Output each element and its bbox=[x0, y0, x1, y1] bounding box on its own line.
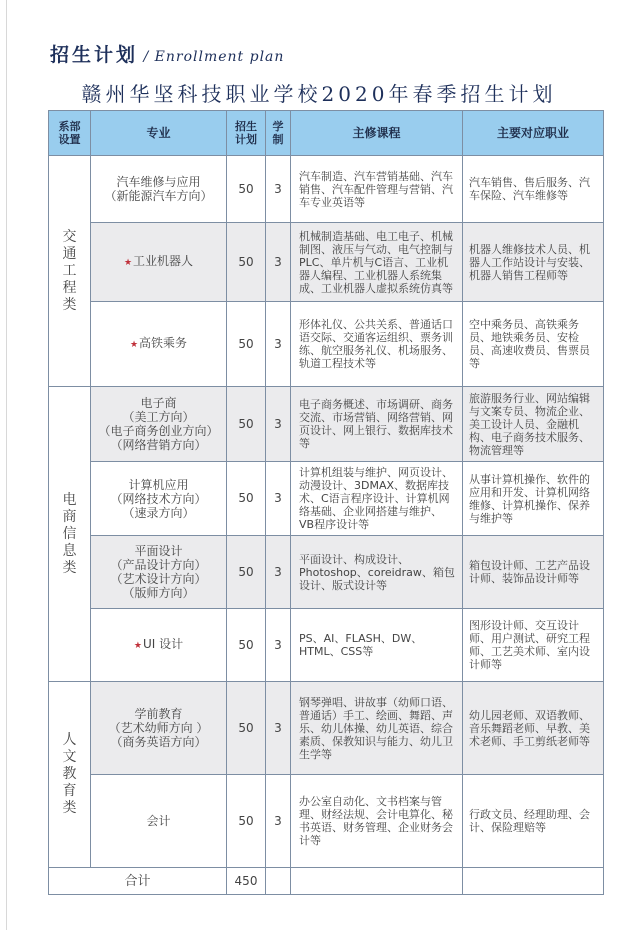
courses-cell: 汽车制造、汽车营销基础、汽车销售、汽车配件管理与营销、汽车专业英语等 bbox=[291, 156, 463, 223]
section-title-sep: / bbox=[138, 49, 155, 65]
quota-cell: 50 bbox=[227, 462, 266, 536]
courses-cell: 电子商务概述、市场调研、商务交流、市场营销、网络营销、网页设计、网上银行、数据库… bbox=[291, 387, 463, 462]
department-cell: 交通工程类 bbox=[49, 156, 91, 387]
major-cell: 平面设计（产品设计方向）（艺术设计方向）（版师方向） bbox=[91, 536, 227, 609]
major-cell: 学前教育（艺术幼师方向 ）（商务英语方向） bbox=[91, 682, 227, 775]
years-cell: 3 bbox=[266, 682, 291, 775]
header-major: 专业 bbox=[91, 111, 227, 156]
major-line: 工业机器人 bbox=[133, 254, 193, 268]
section-title-cn: 招生计划 bbox=[50, 44, 138, 66]
major-line: （新能源汽车方向） bbox=[104, 189, 212, 203]
major-cell: 汽车维修与应用（新能源汽车方向） bbox=[91, 156, 227, 223]
major-line: 汽车维修与应用 bbox=[116, 175, 200, 189]
courses-cell: 钢琴弹唱、讲故事（幼师口语、普通话）手工、绘画、舞蹈、声乐、幼儿体操、幼儿英语、… bbox=[291, 682, 463, 775]
table-row: 会计503办公室自动化、文书档案与管理、财经法规、会计电算化、秘书英语、财务管理… bbox=[49, 775, 604, 868]
total-label: 合计 bbox=[49, 868, 227, 895]
years-cell: 3 bbox=[266, 387, 291, 462]
table-row: ★UI 设计503PS、AI、FLASH、DW、HTML、CSS等图形设计师、交… bbox=[49, 609, 604, 682]
major-line: （网络技术方向） bbox=[110, 492, 206, 506]
quota-cell: 50 bbox=[227, 387, 266, 462]
quota-cell: 50 bbox=[227, 775, 266, 868]
quota-cell: 50 bbox=[227, 609, 266, 682]
courses-cell: 机械制造基础、电工电子、机械制图、液压与气动、电气控制与PLC、单片机与C语言、… bbox=[291, 223, 463, 302]
enrollment-plan-table: 系部设置 专业 招生计划 学制 主修课程 主要对应职业 交通工程类汽车维修与应用… bbox=[48, 110, 604, 895]
header-years: 学制 bbox=[266, 111, 291, 156]
star-icon: ★ bbox=[124, 258, 132, 268]
quota-cell: 50 bbox=[227, 536, 266, 609]
courses-cell: 办公室自动化、文书档案与管理、财经法规、会计电算化、秘书英语、财务管理、企业财务… bbox=[291, 775, 463, 868]
major-cell: ★高铁乘务 bbox=[91, 302, 227, 387]
total-careers-empty bbox=[463, 868, 604, 895]
quota-cell: 50 bbox=[227, 156, 266, 223]
years-cell: 3 bbox=[266, 775, 291, 868]
page-edge-line bbox=[6, 0, 7, 930]
years-cell: 3 bbox=[266, 462, 291, 536]
table-row: 计算机应用（网络技术方向）（速录方向）503计算机组装与维护、网页设计、动漫设计… bbox=[49, 462, 604, 536]
careers-cell: 箱包设计师、工艺产品设计师、装饰品设计师等 bbox=[463, 536, 604, 609]
department-name: 人文教育类 bbox=[62, 732, 78, 817]
header-quota: 招生计划 bbox=[227, 111, 266, 156]
major-cell: ★UI 设计 bbox=[91, 609, 227, 682]
courses-cell: PS、AI、FLASH、DW、HTML、CSS等 bbox=[291, 609, 463, 682]
table-row: 平面设计（产品设计方向）（艺术设计方向）（版师方向）503平面设计、构成设计、P… bbox=[49, 536, 604, 609]
star-icon: ★ bbox=[134, 641, 142, 651]
major-line: （电子商务创业方向） bbox=[98, 424, 218, 438]
major-line: 学前教育 bbox=[134, 707, 182, 721]
major-line: （版师方向） bbox=[122, 586, 194, 600]
careers-cell: 机器人维修技术人员、机器人工作站设计与安装、机器人销售工程师等 bbox=[463, 223, 604, 302]
department-name: 电商信息类 bbox=[62, 492, 78, 577]
header-department: 系部设置 bbox=[49, 111, 91, 156]
careers-cell: 汽车销售、售后服务、汽车保险、汽车维修等 bbox=[463, 156, 604, 223]
years-cell: 3 bbox=[266, 223, 291, 302]
major-cell: 会计 bbox=[91, 775, 227, 868]
department-name: 交通工程类 bbox=[62, 229, 78, 314]
table-row: 电商信息类电子商（美工方向）（电子商务创业方向）（网络营销方向）503电子商务概… bbox=[49, 387, 604, 462]
careers-cell: 空中乘务员、高铁乘务员、地铁乘务员、安检员、高速收费员、售票员等 bbox=[463, 302, 604, 387]
major-line: 会计 bbox=[146, 814, 170, 828]
major-line: （美工方向） bbox=[122, 410, 194, 424]
major-line: 计算机应用 bbox=[128, 478, 188, 492]
major-line: （商务英语方向） bbox=[110, 735, 206, 749]
star-icon: ★ bbox=[130, 340, 138, 350]
main-title: 赣州华坚科技职业学校2020年春季招生计划 bbox=[0, 78, 638, 107]
section-title: 招生计划 / Enrollment plan bbox=[50, 40, 284, 67]
years-cell: 3 bbox=[266, 609, 291, 682]
major-line: （产品设计方向） bbox=[110, 558, 206, 572]
quota-cell: 50 bbox=[227, 682, 266, 775]
table-row: ★工业机器人503机械制造基础、电工电子、机械制图、液压与气动、电气控制与PLC… bbox=[49, 223, 604, 302]
quota-cell: 50 bbox=[227, 223, 266, 302]
courses-cell: 平面设计、构成设计、Photoshop、coreidraw、箱包设计、版式设计等 bbox=[291, 536, 463, 609]
major-cell: ★工业机器人 bbox=[91, 223, 227, 302]
careers-cell: 旅游服务行业、网站编辑与文案专员、物流企业、美工设计人员、金融机构、电子商务技术… bbox=[463, 387, 604, 462]
table-header-row: 系部设置 专业 招生计划 学制 主修课程 主要对应职业 bbox=[49, 111, 604, 156]
careers-cell: 图形设计师、交互设计师、用户测试、研究工程师、工艺美术师、室内设计师等 bbox=[463, 609, 604, 682]
department-cell: 人文教育类 bbox=[49, 682, 91, 868]
major-line: （网络营销方向） bbox=[110, 438, 206, 452]
department-cell: 电商信息类 bbox=[49, 387, 91, 682]
header-courses: 主修课程 bbox=[291, 111, 463, 156]
major-line: UI 设计 bbox=[143, 637, 183, 651]
major-line: 电子商 bbox=[140, 396, 176, 410]
major-line: 高铁乘务 bbox=[139, 336, 187, 350]
total-years-empty bbox=[266, 868, 291, 895]
table-row: 交通工程类汽车维修与应用（新能源汽车方向）503汽车制造、汽车营销基础、汽车销售… bbox=[49, 156, 604, 223]
major-line: 平面设计 bbox=[134, 544, 182, 558]
careers-cell: 从事计算机操作、软件的应用和开发、计算机网络维修、计算机操作、保养与维护等 bbox=[463, 462, 604, 536]
section-title-en: Enrollment plan bbox=[155, 49, 285, 65]
major-cell: 计算机应用（网络技术方向）（速录方向） bbox=[91, 462, 227, 536]
header-careers: 主要对应职业 bbox=[463, 111, 604, 156]
careers-cell: 幼儿园老师、双语教师、音乐舞蹈老师、早教、美术老师、手工剪纸老师等 bbox=[463, 682, 604, 775]
major-line: （艺术幼师方向 ） bbox=[109, 721, 209, 735]
major-line: （艺术设计方向） bbox=[110, 572, 206, 586]
total-quota: 450 bbox=[227, 868, 266, 895]
total-row: 合计 450 bbox=[49, 868, 604, 895]
courses-cell: 计算机组装与维护、网页设计、动漫设计、3DMAX、数据库技术、C语言程序设计、计… bbox=[291, 462, 463, 536]
table-row: 人文教育类学前教育（艺术幼师方向 ）（商务英语方向）503钢琴弹唱、讲故事（幼师… bbox=[49, 682, 604, 775]
years-cell: 3 bbox=[266, 302, 291, 387]
table-row: ★高铁乘务503形体礼仪、公共关系、普通话口语交际、交通客运组织、票务训练、航空… bbox=[49, 302, 604, 387]
quota-cell: 50 bbox=[227, 302, 266, 387]
years-cell: 3 bbox=[266, 536, 291, 609]
major-cell: 电子商（美工方向）（电子商务创业方向）（网络营销方向） bbox=[91, 387, 227, 462]
total-courses-empty bbox=[291, 868, 463, 895]
courses-cell: 形体礼仪、公共关系、普通话口语交际、交通客运组织、票务训练、航空服务礼仪、机场服… bbox=[291, 302, 463, 387]
years-cell: 3 bbox=[266, 156, 291, 223]
major-line: （速录方向） bbox=[122, 506, 194, 520]
careers-cell: 行政文员、经理助理、会计、保险理赔等 bbox=[463, 775, 604, 868]
